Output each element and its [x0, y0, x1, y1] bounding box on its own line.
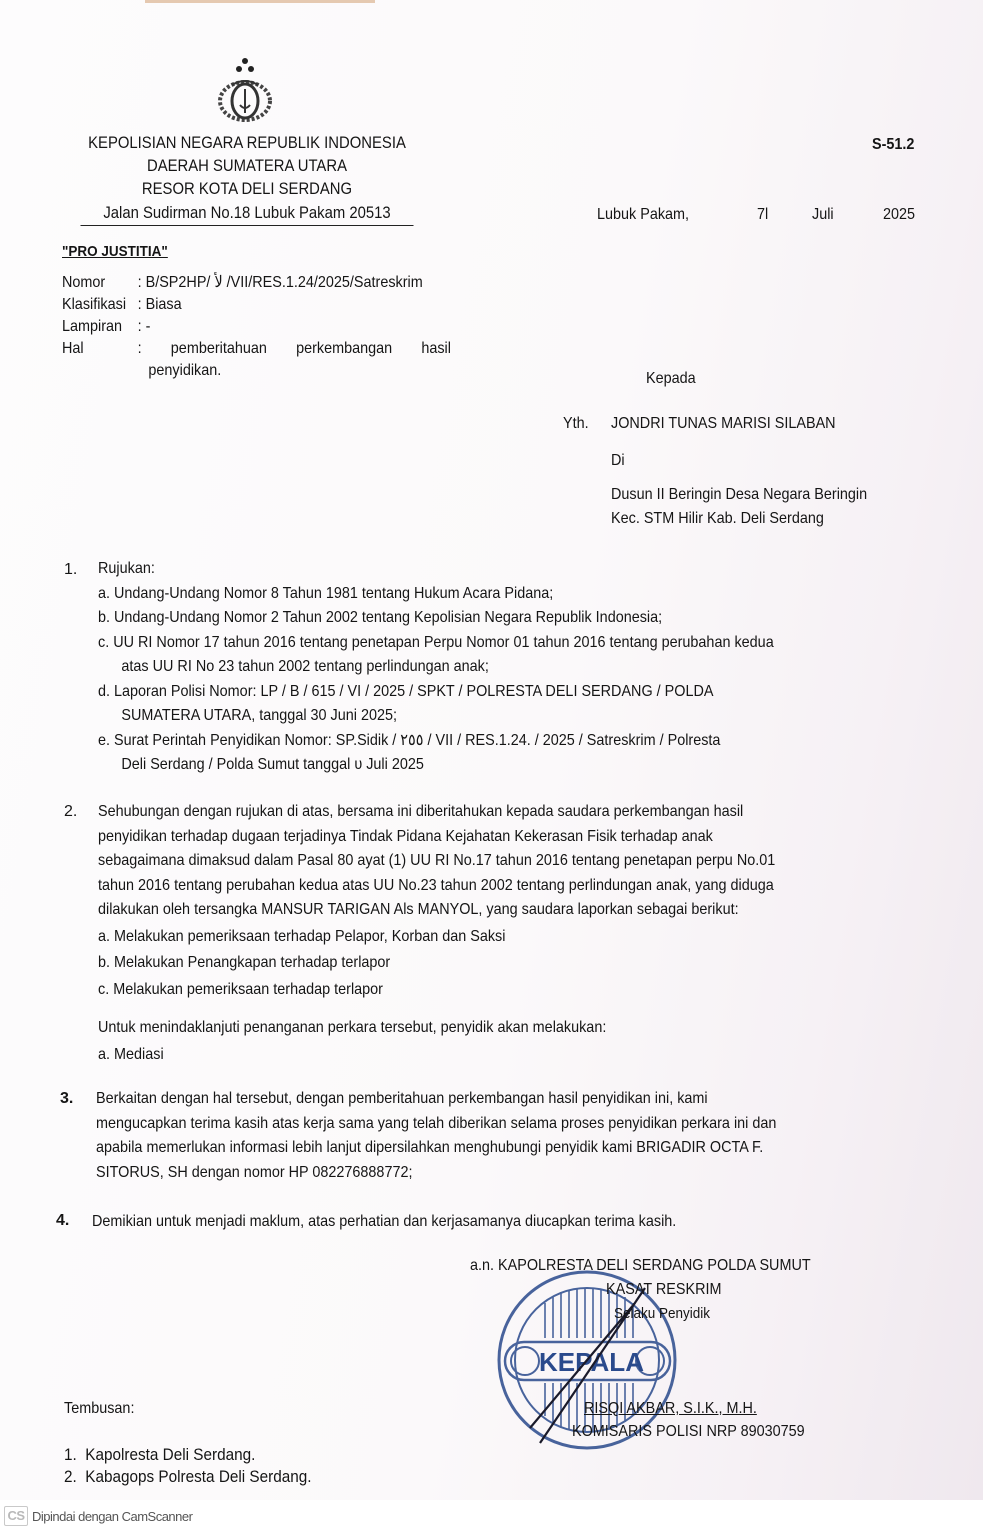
recipient-address-line1: Dusun II Beringin Desa Negara Beringin: [611, 486, 867, 504]
reference-item: c. UU RI Nomor 17 tahun 2016 tentang pen…: [98, 631, 836, 656]
item-marker: b.: [98, 954, 110, 971]
paragraph-line: sebagaimana dimaksud dalam Pasal 80 ayat…: [98, 849, 836, 874]
signature-on-behalf: a.n. KAPOLRESTA DELI SERDANG POLDA SUMUT: [470, 1257, 811, 1275]
pro-justitia-label: "PRO JUSTITIA": [62, 243, 168, 260]
item-marker: a.: [98, 928, 110, 945]
reference-item: a. Undang-Undang Nomor 8 Tahun 1981 tent…: [98, 582, 836, 607]
form-code: S-51.2: [872, 136, 914, 154]
date-day: 7l: [757, 206, 768, 224]
police-emblem-icon: [210, 55, 280, 125]
reference-item: d. Laporan Polisi Nomor: LP / B / 615 / …: [98, 680, 836, 705]
closing-sentence: Demikian untuk menjadi maklum, atas perh…: [92, 1210, 676, 1235]
camscanner-watermark: Dipindai dengan CamScanner: [32, 1509, 192, 1524]
letterhead-region: DAERAH SUMATERA UTARA: [81, 155, 414, 178]
letterhead: KEPOLISIAN NEGARA REPUBLIK INDONESIA DAE…: [62, 132, 432, 226]
item-text: Surat Perintah Penyidikan Nomor: SP.Sidi…: [114, 732, 720, 749]
paragraph-line: Berkaitan dengan hal tersebut, dengan pe…: [96, 1087, 839, 1112]
scan-edge-artifact: [145, 0, 375, 3]
meta-nomor: Nomor : B/SP2HP/ لأ /VII/RES.1.24/2025/S…: [62, 272, 451, 294]
paragraph-line: penyidikan terhadap dugaan terjadinya Ti…: [98, 825, 836, 850]
meta-lampiran: Lampiran : -: [62, 316, 451, 338]
item-text: Melakukan Penangkapan terhadap terlapor: [114, 954, 390, 971]
paragraph-line: Sehubungan dengan rujukan di atas, bersa…: [98, 800, 836, 825]
item-marker: a.: [98, 1046, 110, 1063]
item-marker: c.: [98, 981, 109, 998]
letterhead-unit: RESOR KOTA DELI SERDANG: [81, 178, 414, 201]
letterhead-institution: KEPOLISIAN NEGARA REPUBLIK INDONESIA: [81, 132, 414, 155]
meta-label: Hal: [62, 338, 138, 360]
meta-value: : pemberitahuan perkembangan hasil: [138, 338, 451, 360]
signatory-rank: KOMISARIS POLISI NRP 89030759: [572, 1423, 805, 1441]
item-marker: b.: [98, 609, 110, 626]
item-marker: c.: [98, 634, 109, 651]
item-text: Kapolresta Deli Serdang.: [85, 1445, 255, 1464]
followup-item: a. Mediasi: [98, 1043, 836, 1068]
recipient-name: JONDRI TUNAS MARISI SILABAN: [611, 415, 836, 433]
item-text-continued: atas UU RI No 23 tahun 2002 tentang perl…: [98, 655, 836, 680]
section-title: Rujukan:: [98, 557, 836, 582]
paragraph-line: apabila memerlukan informasi lebih lanju…: [96, 1136, 839, 1161]
letterhead-address: Jalan Sudirman No.18 Lubuk Pakam 20513: [81, 202, 414, 226]
section-number: 4.: [56, 1212, 69, 1230]
meta-hal: Hal : pemberitahuan perkembangan hasil: [62, 338, 451, 360]
item-text: Laporan Polisi Nomor: LP / B / 615 / VI …: [114, 683, 713, 700]
signatory-name: RISQI AKBAR, S.I.K., M.H.: [584, 1400, 757, 1418]
paragraph-line: dilakukan oleh tersangka MANSUR TARIGAN …: [98, 898, 836, 923]
meta-value: : B/SP2HP/ لأ /VII/RES.1.24/2025/Satresk…: [138, 272, 423, 294]
reference-item: b. Undang-Undang Nomor 2 Tahun 2002 tent…: [98, 606, 836, 631]
meta-value: : -: [138, 316, 151, 338]
item-marker: 1.: [64, 1445, 77, 1464]
item-text: Mediasi: [114, 1046, 164, 1063]
item-marker: 2.: [64, 1467, 77, 1486]
tembusan-title: Tembusan:: [64, 1400, 134, 1418]
recipient-di: Di: [611, 452, 625, 470]
followup-intro: Untuk menindaklanjuti penanganan perkara…: [98, 1016, 836, 1041]
item-text: Melakukan pemeriksaan terhadap terlapor: [113, 981, 383, 998]
item-text-continued: SUMATERA UTARA, tanggal 30 Juni 2025;: [98, 704, 836, 729]
section-number: 2.: [64, 803, 77, 821]
recipient-kepada: Kepada: [646, 370, 696, 388]
meta-klasifikasi: Klasifikasi : Biasa: [62, 294, 451, 316]
tembusan-item: 2. Kabagops Polresta Deli Serdang.: [64, 1467, 312, 1487]
recipient-yth: Yth.: [563, 415, 589, 433]
section-1-rujukan: Rujukan: a. Undang-Undang Nomor 8 Tahun …: [98, 557, 918, 778]
date-year: 2025: [883, 206, 915, 224]
date-place: Lubuk Pakam,: [597, 206, 689, 224]
item-marker: d.: [98, 683, 110, 700]
signature-position: KASAT RESKRIM: [606, 1281, 721, 1299]
item-marker: a.: [98, 585, 110, 602]
meta-label: Nomor: [62, 272, 138, 294]
section-3-body: Berkaitan dengan hal tersebut, dengan pe…: [96, 1087, 922, 1185]
action-item: b. Melakukan Penangkapan terhadap terlap…: [98, 951, 836, 976]
meta-value: : Biasa: [138, 294, 182, 316]
item-text-continued: Deli Serdang / Polda Sumut tanggal υ Jul…: [98, 753, 836, 778]
action-item: a. Melakukan pemeriksaan terhadap Pelapo…: [98, 925, 836, 950]
section-number: 3.: [60, 1090, 73, 1108]
meta-value: penyidikan.: [138, 360, 222, 382]
item-text: Kabagops Polresta Deli Serdang.: [85, 1467, 311, 1486]
letter-meta: Nomor : B/SP2HP/ لأ /VII/RES.1.24/2025/S…: [62, 272, 494, 382]
section-2-body: Sehubungan dengan rujukan di atas, bersa…: [98, 800, 918, 1067]
item-text: Melakukan pemeriksaan terhadap Pelapor, …: [114, 928, 505, 945]
item-text: Undang-Undang Nomor 2 Tahun 2002 tentang…: [114, 609, 662, 626]
reference-item: e. Surat Perintah Penyidikan Nomor: SP.S…: [98, 729, 836, 754]
signature-role: Selaku Penyidik: [614, 1305, 710, 1322]
meta-hal-continued: penyidikan.: [62, 360, 451, 382]
meta-spacer: [62, 360, 138, 382]
section-4-body: Demikian untuk menjadi maklum, atas perh…: [92, 1210, 741, 1235]
item-marker: e.: [98, 732, 110, 749]
section-number: 1.: [64, 561, 77, 579]
meta-label: Lampiran: [62, 316, 138, 338]
meta-label: Klasifikasi: [62, 294, 138, 316]
item-text: Undang-Undang Nomor 8 Tahun 1981 tentang…: [114, 585, 553, 602]
recipient-address-line2: Kec. STM Hilir Kab. Deli Serdang: [611, 510, 824, 528]
paragraph-line: tahun 2016 tentang perubahan kedua atas …: [98, 874, 836, 899]
item-text: UU RI Nomor 17 tahun 2016 tentang peneta…: [113, 634, 773, 651]
date-month: Juli: [812, 206, 834, 224]
action-item: c. Melakukan pemeriksaan terhadap terlap…: [98, 978, 836, 1003]
stamp-text: KEPALA: [539, 1347, 644, 1377]
camscanner-logo-icon: CS: [4, 1506, 28, 1526]
tembusan-item: 1. Kapolresta Deli Serdang.: [64, 1445, 255, 1465]
paragraph-line: mengucapkan terima kasih atas kerja sama…: [96, 1112, 839, 1137]
paragraph-line: SITORUS, SH dengan nomor HP 082276888772…: [96, 1161, 839, 1186]
